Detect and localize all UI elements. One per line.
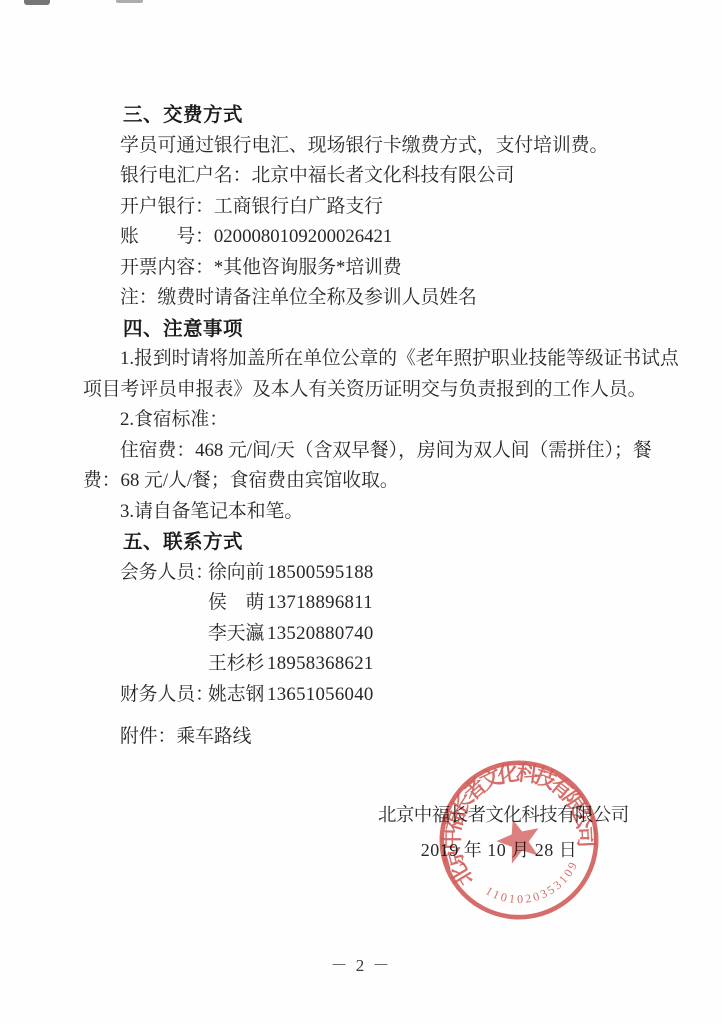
invoice-content-line: 开票内容：*其他咨询服务*培训费	[83, 253, 655, 284]
account-number-line: 账 号：0200080109200026421	[83, 222, 655, 253]
note2-line1: 住宿费：468 元/间/天（含双早餐），房间为双人间（需拼住）；餐	[83, 436, 655, 467]
contact-phone: 13718896811	[267, 588, 373, 619]
contact-name: 侯 萌	[208, 588, 267, 619]
svg-text:1101020353109: 1101020353109	[480, 857, 586, 918]
page-number: － 2 －	[0, 951, 722, 976]
section-heading-contacts: 五、联系方式	[83, 527, 655, 558]
contact-role-label	[120, 588, 208, 619]
scan-artifact	[24, 0, 50, 5]
note2-line2: 费：68 元/人/餐；食宿费由宾馆收取。	[83, 466, 655, 497]
payment-intro-line: 学员可通过银行电汇、现场银行卡缴费方式，支付培训费。	[83, 131, 655, 162]
section-heading-payment: 三、交费方式	[83, 100, 655, 131]
contact-phone: 13520880740	[267, 619, 374, 650]
payment-note-line: 注：缴费时请备注单位全称及参训人员姓名	[83, 283, 655, 314]
contact-name: 李天瀛	[208, 619, 267, 650]
note2-heading: 2.食宿标准：	[83, 405, 655, 436]
contact-phone: 18500595188	[267, 558, 374, 589]
contact-row: 会务人员：徐向前18500595188	[83, 558, 655, 589]
contact-role-label: 会务人员：	[120, 558, 208, 589]
contact-row: 财务人员：姚志钢13651056040	[83, 680, 655, 711]
contact-role-label	[120, 619, 208, 650]
contact-phone: 13651056040	[267, 680, 374, 711]
contact-name: 王杉杉	[208, 649, 267, 680]
section-heading-notes: 四、注意事项	[83, 314, 655, 345]
bank-branch-line: 开户银行：工商银行白广路支行	[83, 192, 655, 223]
note1-line2: 项目考评员申报表》及本人有关资历证明交与负责报到的工作人员。	[83, 375, 655, 406]
contact-phone: 18958368621	[267, 649, 374, 680]
document-page: 三、交费方式 学员可通过银行电汇、现场银行卡缴费方式，支付培训费。 银行电汇户名…	[0, 0, 722, 1024]
contact-name: 姚志钢	[208, 680, 267, 711]
seal-registration-number: 1101020353109	[480, 857, 586, 918]
contact-name: 徐向前	[208, 558, 267, 589]
contact-role-label: 财务人员：	[120, 680, 208, 711]
contact-row: 李天瀛13520880740	[83, 619, 655, 650]
contact-row: 侯 萌13718896811	[83, 588, 655, 619]
contact-role-label	[120, 649, 208, 680]
contact-row: 王杉杉18958368621	[83, 649, 655, 680]
note1-line1: 1.报到时请将加盖所在单位公章的《老年照护职业技能等级证书试点	[83, 344, 655, 375]
document-body: 三、交费方式 学员可通过银行电汇、现场银行卡缴费方式，支付培训费。 银行电汇户名…	[83, 100, 655, 753]
company-seal: 北京中福长者文化科技有限公司 1101020353109	[415, 736, 622, 943]
scan-artifact	[116, 0, 143, 3]
seal-star-icon	[492, 813, 547, 866]
note3-line: 3.请自备笔记本和笔。	[83, 497, 655, 528]
bank-account-name-line: 银行电汇户名：北京中福长者文化科技有限公司	[83, 161, 655, 192]
